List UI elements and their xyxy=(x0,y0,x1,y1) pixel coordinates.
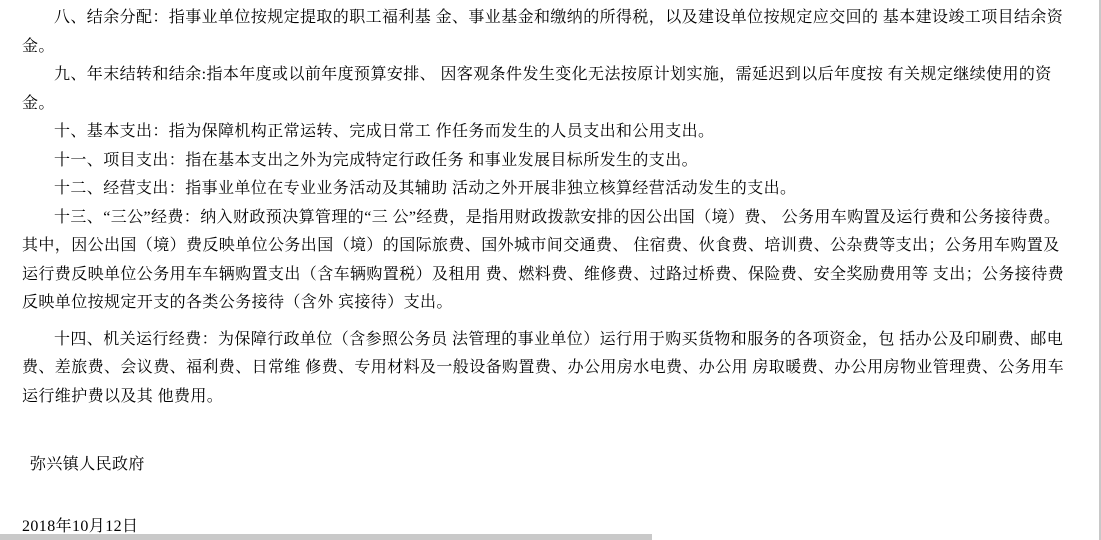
signature-line: 弥兴镇人民政府 xyxy=(22,451,1070,480)
paragraph-three-public-funds: 十三、“三公”经费：纳入财政预决算管理的“三 公”经费，是指用财政拨款安排的因公… xyxy=(22,204,1070,318)
paragraph-operating-expenditure: 十二、经营支出：指事业单位在专业业务活动及其辅助 活动之外开展非独立核算经营活动… xyxy=(22,175,1070,204)
paragraph-surplus-distribution: 八、结余分配：指事业单位按规定提取的职工福利基 金、事业基金和缴纳的所得税，以及… xyxy=(22,4,1070,61)
paragraph-yearend-carryover: 九、年末结转和结余:指本年度或以前年度预算安排、 因客观条件发生变化无法按原计划… xyxy=(22,61,1070,118)
paragraph-project-expenditure: 十一、项目支出：指在基本支出之外为完成特定行政任务 和事业发展目标所发生的支出。 xyxy=(22,147,1070,176)
paragraph-agency-operating-funds: 十四、机关运行经费：为保障行政单位（含参照公务员 法管理的事业单位）运行用于购买… xyxy=(22,326,1070,412)
budget-notes-document: 八、结余分配：指事业单位按规定提取的职工福利基 金、事业基金和缴纳的所得税，以及… xyxy=(22,4,1070,540)
horizontal-scrollbar[interactable] xyxy=(0,534,652,540)
paragraph-basic-expenditure: 十、基本支出：指为保障机构正常运转、完成日常工 作任务而发生的人员支出和公用支出… xyxy=(22,118,1070,147)
